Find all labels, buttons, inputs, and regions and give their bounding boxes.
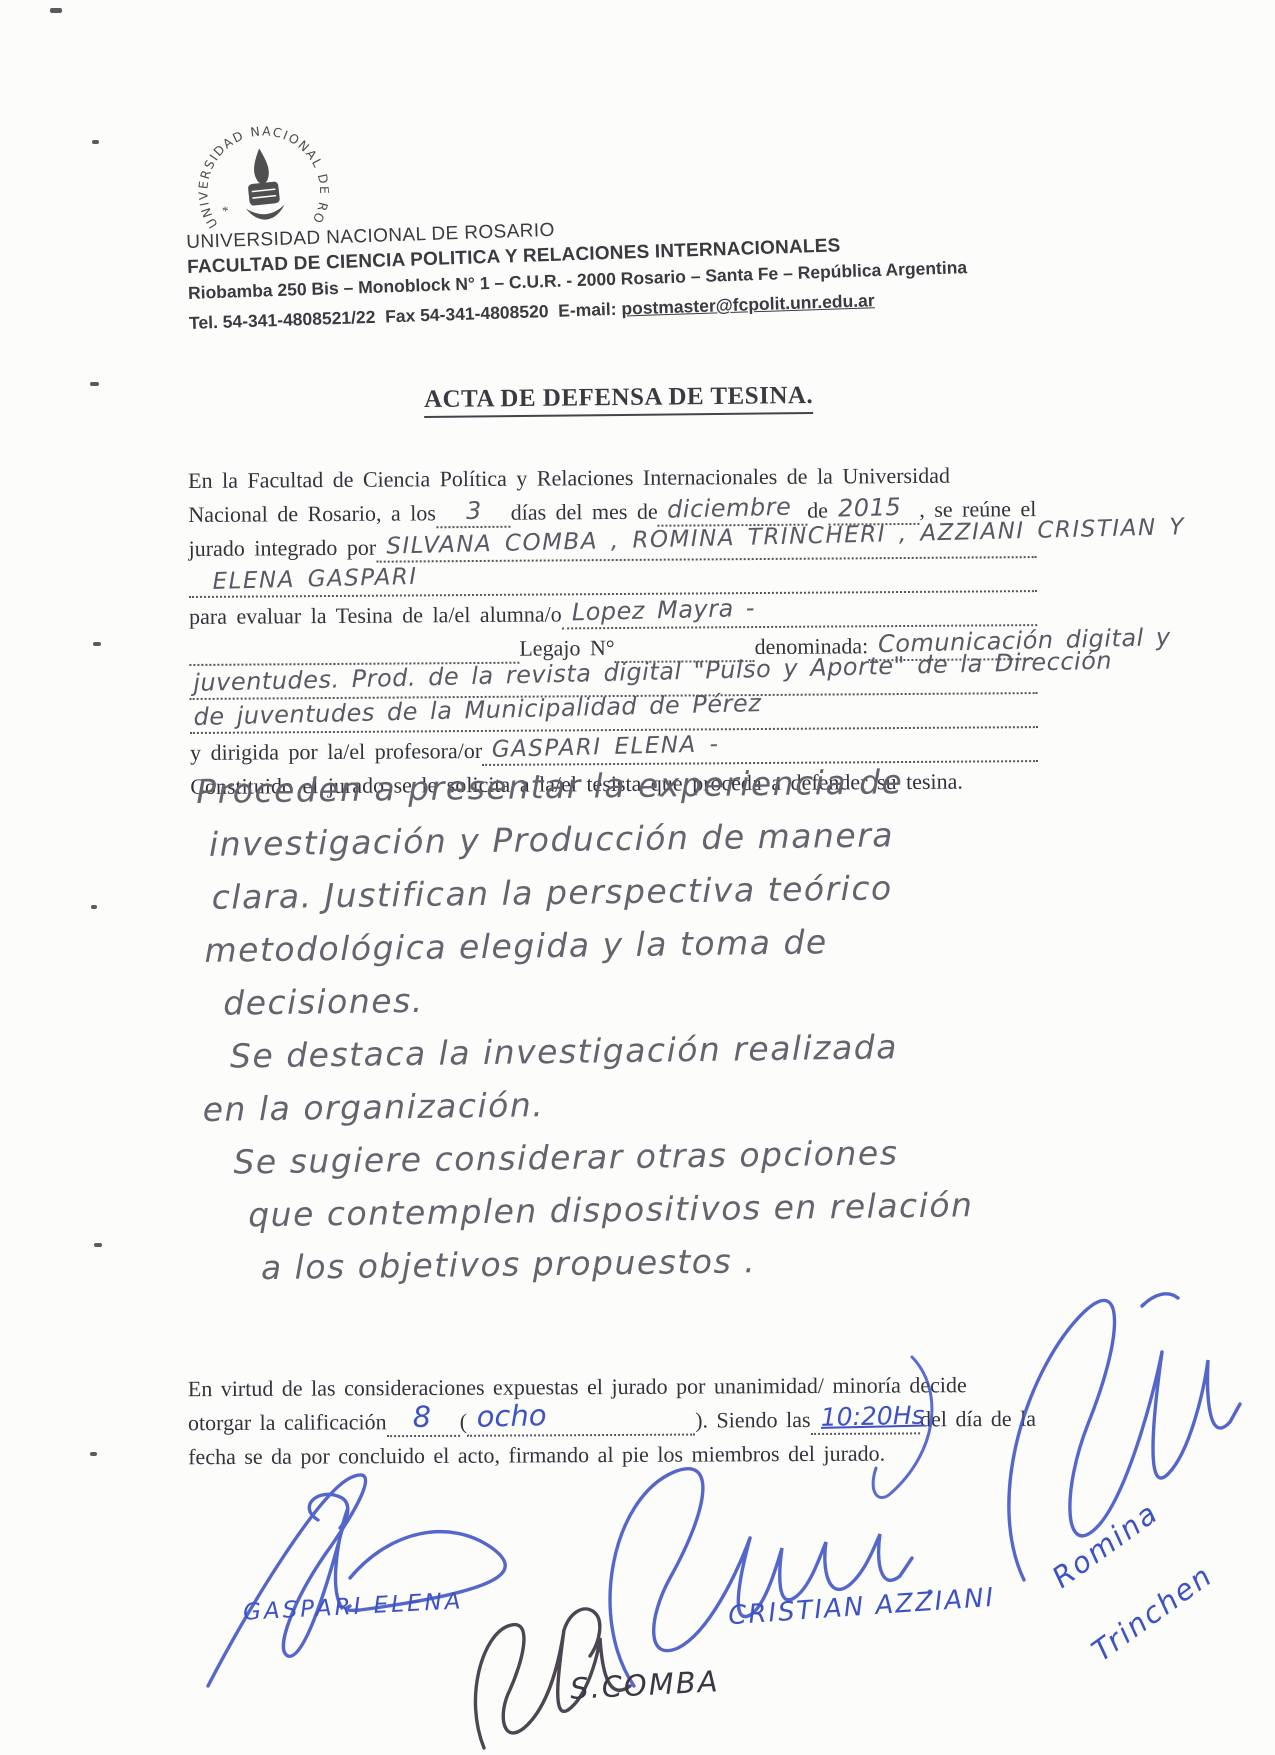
handwritten-month: diciembre: [667, 493, 792, 524]
scan-artifact: [50, 8, 62, 13]
dotted-leader: [189, 634, 519, 666]
scanned-document-page: UNIVERSIDAD NACIONAL DE ROSARIO * UNIVER…: [0, 0, 1275, 1755]
printed-text: para evaluar la Tesina de la/el alumna/o: [189, 599, 562, 632]
form-line: para evaluar la Tesina de la/el alumna/o…: [189, 592, 1037, 632]
handwritten-grade-word: ocho: [476, 1398, 547, 1434]
scan-artifact: [90, 1452, 97, 1456]
dotted-blank-jury2: Elena Gaspari: [189, 562, 1037, 598]
form-line: Elena Gaspari: [189, 558, 1037, 598]
seal-emblem-icon: [240, 146, 286, 221]
handwritten-student: Lopez Mayra -: [571, 594, 755, 626]
printed-text: de: [807, 496, 828, 526]
contact-text: Tel. 54-341-4808521/22 Fax 54-341-480852…: [189, 299, 622, 333]
comba-signature-name: S.COMBA: [569, 1664, 720, 1706]
seal-star-icon: *: [221, 203, 229, 219]
handwritten-grade-number: 8: [412, 1400, 431, 1434]
dotted-blank-grade-word: ocho: [467, 1406, 695, 1437]
scan-artifact: [91, 905, 97, 909]
scan-artifact: [90, 382, 99, 386]
handwritten-notes: Proceden a presentar la experiencia de i…: [196, 759, 1123, 1302]
email-link: postmaster@fcpolit.unr.edu.ar: [621, 290, 875, 318]
document-title: ACTA DE DEFENSA DE TESINA.: [424, 382, 814, 418]
scan-artifact: [93, 642, 101, 646]
printed-text: (: [460, 1407, 467, 1437]
printed-text: otorgar la calificación: [188, 1407, 387, 1438]
printed-text: En la Facultad de Ciencia Política y Rel…: [188, 461, 950, 496]
printed-text: y dirigida por la/el profesora/or: [190, 736, 482, 768]
dotted-blank-thesis3: de juventudes de la Municipalidad de Pér…: [190, 698, 1038, 734]
printed-text: días del mes de: [511, 497, 658, 528]
dotted-blank-grade: 8: [387, 1407, 460, 1437]
handwritten-director: Gaspari Elena -: [492, 731, 720, 763]
form-body: En la Facultad de Ciencia Política y Rel…: [188, 456, 1038, 802]
printed-text: Nacional de Rosario, a los: [188, 498, 436, 530]
form-line: jurado integrado porSilvana Comba , Romi…: [188, 524, 1036, 564]
handwritten-day: 3: [465, 497, 481, 525]
form-line: de juventudes de la Municipalidad de Pér…: [190, 694, 1038, 734]
handwritten-jury-2: Elena Gaspari: [212, 564, 418, 595]
dotted-blank-day: 3: [436, 498, 511, 529]
handwritten-year: 2015: [837, 493, 901, 523]
printed-text: jurado integrado por: [189, 533, 377, 564]
scan-artifact: [94, 1243, 102, 1247]
printed-text: ). Siendo las: [695, 1405, 811, 1436]
dotted-blank-month: diciembre: [658, 496, 808, 527]
dotted-blank-student: Lopez Mayra -: [562, 596, 1038, 629]
form-line: En la Facultad de Ciencia Política y Rel…: [188, 456, 1036, 496]
dotted-blank-jury: Silvana Comba , Romina Trincheri , Azzia…: [376, 528, 1037, 563]
scan-artifact: [92, 140, 99, 144]
